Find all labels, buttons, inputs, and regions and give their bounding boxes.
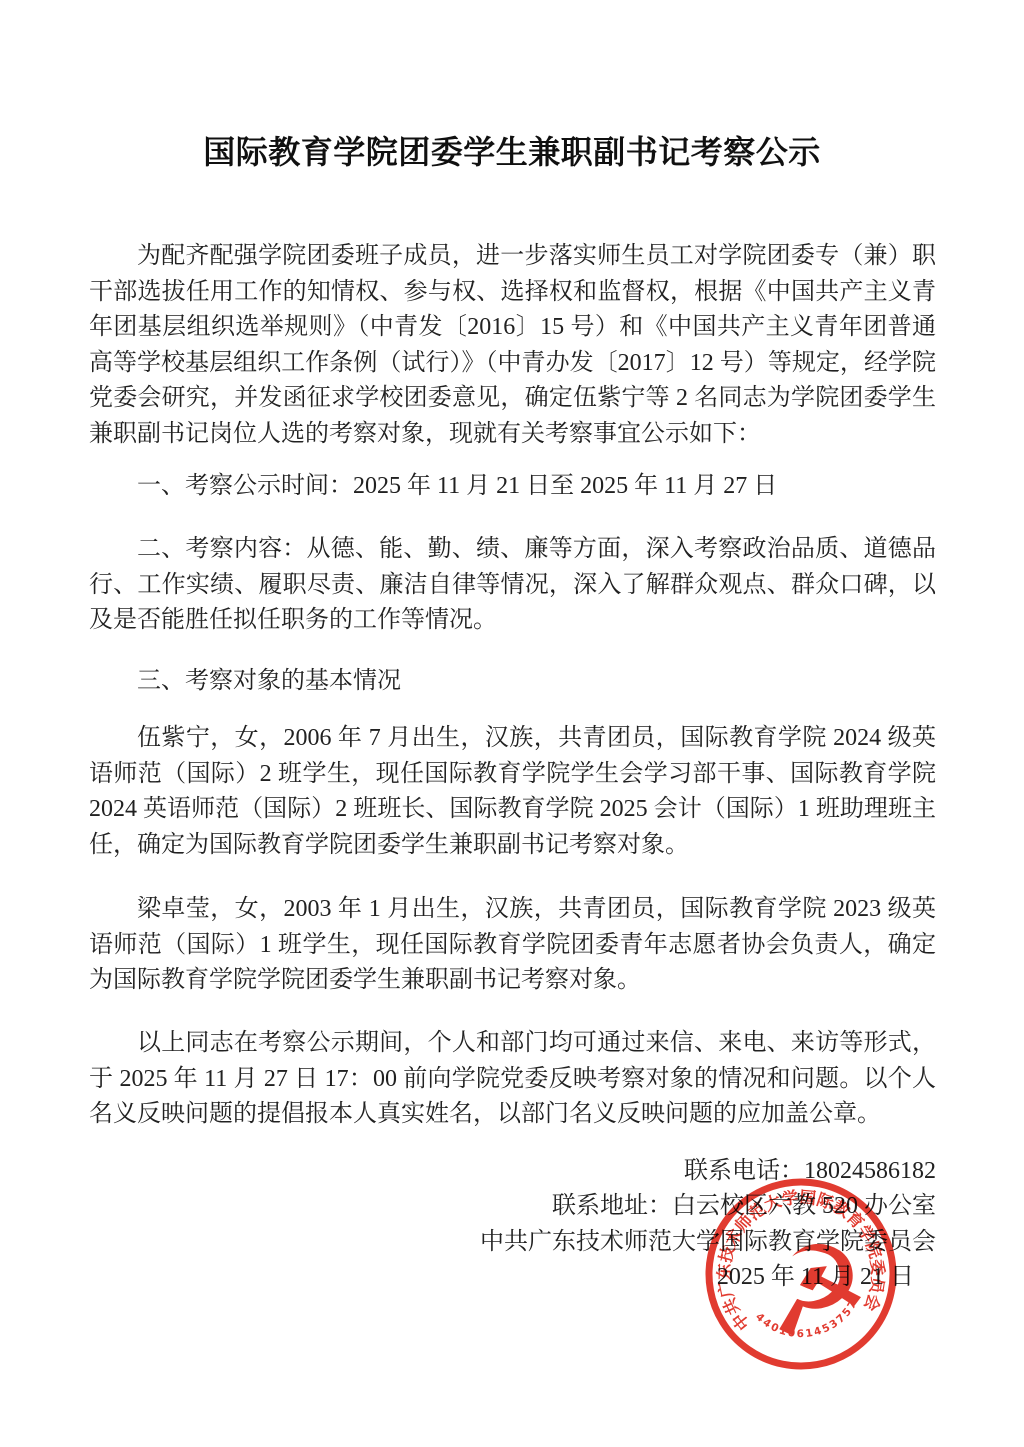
paragraph-candidate-wu-zining: 伍紫宁，女，2006 年 7 月出生，汉族，共青团员，国际教育学院 2024 级… xyxy=(89,721,936,863)
section-1-inspection-period: 一、考察公示时间：2025 年 11 月 21 日至 2025 年 11 月 2… xyxy=(89,469,936,505)
paragraph-closing: 以上同志在考察公示期间，个人和部门均可通过来信、来电、来访等形式，于 2025 … xyxy=(89,1026,936,1133)
document-title: 国际教育学院团委学生兼职副书记考察公示 xyxy=(0,131,1024,173)
contact-phone: 联系电话：18024586182 xyxy=(236,1154,936,1189)
paragraph-candidate-liang-zhuoying: 梁卓莹，女，2003 年 1 月出生，汉族，共青团员，国际教育学院 2023 级… xyxy=(89,892,936,999)
paragraph-intro: 为配齐配强学院团委班子成员，进一步落实师生员工对学院团委专（兼）职干部选拔任用工… xyxy=(89,239,936,452)
contact-address: 联系地址：白云校区六教 520 办公室 xyxy=(236,1189,936,1224)
seal-serial-label: 4401061453757 xyxy=(752,1294,865,1349)
section-3-heading: 三、考察对象的基本情况 xyxy=(89,664,936,700)
document-page: 国际教育学院团委学生兼职副书记考察公示 为配齐配强学院团委班子成员，进一步落实师… xyxy=(0,0,1024,1447)
seal-serial-text: 4401061453757 xyxy=(752,1294,865,1349)
signature-block: 联系电话：18024586182 联系地址：白云校区六教 520 办公室 中共广… xyxy=(236,1154,936,1295)
issue-date: 2025 年 11 月 21 日 xyxy=(236,1260,936,1295)
section-2-inspection-content: 二、考察内容：从德、能、勤、绩、廉等方面，深入考察政治品质、道德品行、工作实绩、… xyxy=(89,532,936,639)
issuing-organization: 中共广东技术师范大学国际教育学院委员会 xyxy=(236,1225,936,1260)
